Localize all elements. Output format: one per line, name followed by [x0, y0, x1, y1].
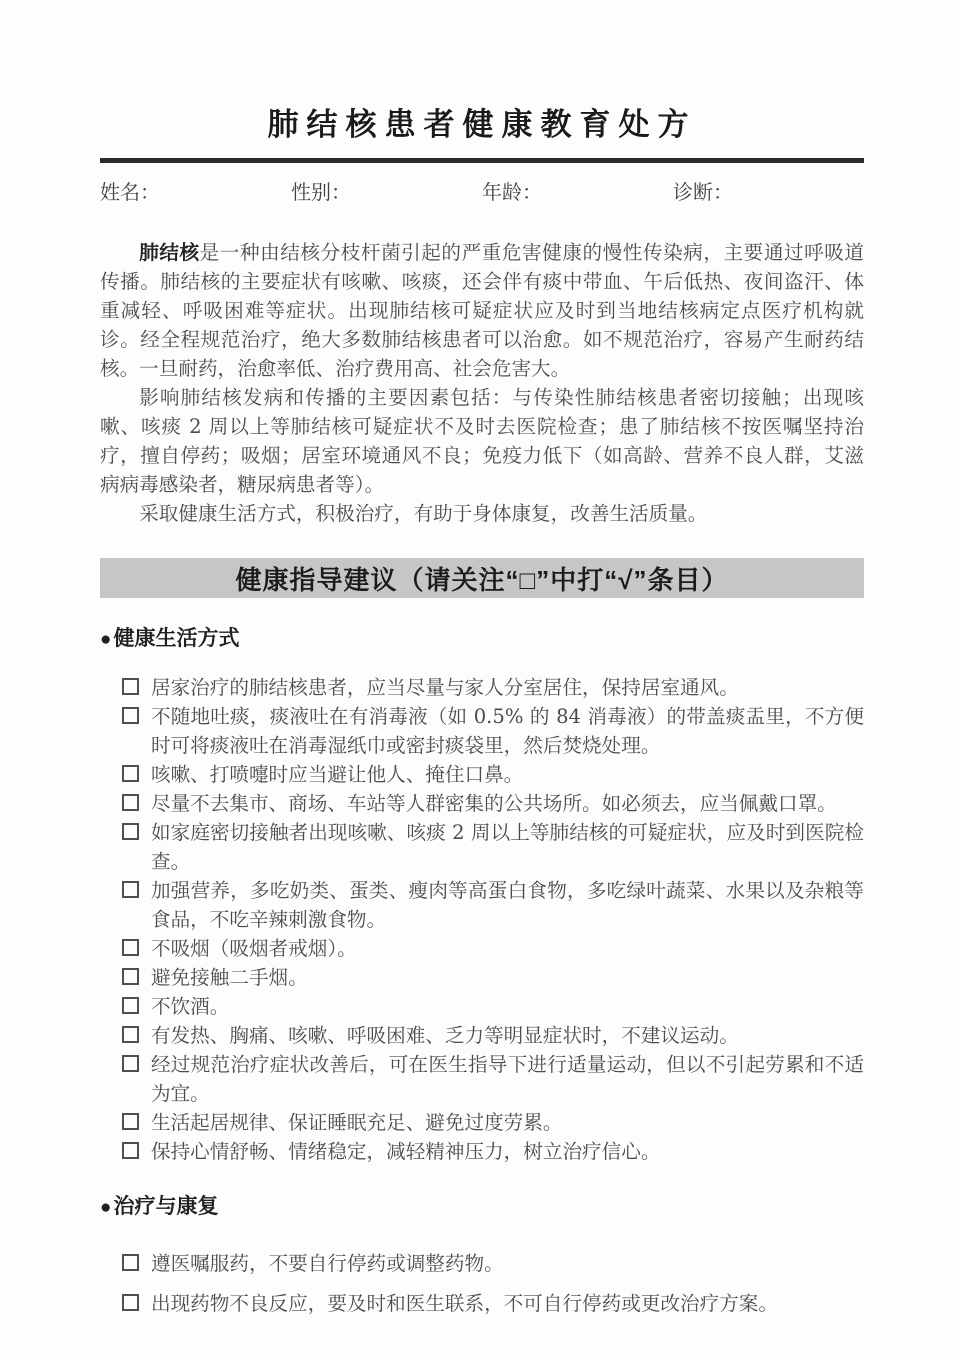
checkbox[interactable]	[122, 1113, 139, 1130]
checkbox[interactable]	[122, 794, 139, 811]
checklist-item: 经过规范治疗症状改善后，可在医生指导下进行适量运动，但以不引起劳累和不适为宜。	[100, 1050, 864, 1108]
checkbox[interactable]	[122, 881, 139, 898]
checklist-item-text: 生活起居规律、保证睡眠充足、避免过度劳累。	[151, 1108, 864, 1137]
checkbox[interactable]	[122, 968, 139, 985]
section-heading-lifestyle: ●健康生活方式	[100, 626, 864, 653]
section-heading-treatment-label: 治疗与康复	[113, 1195, 218, 1218]
checklist-item: 不随地吐痰，痰液吐在有消毒液（如 0.5% 的 84 消毒液）的带盖痰盂里，不方…	[100, 702, 864, 760]
checklist-item: 咳嗽、打喷嚏时应当避让他人、掩住口鼻。	[100, 760, 864, 789]
checkbox[interactable]	[122, 1142, 139, 1159]
checkbox[interactable]	[122, 1055, 139, 1072]
checklist-item-text: 遵医嘱服药，不要自行停药或调整药物。	[151, 1249, 864, 1278]
field-name-label: 姓名：	[100, 179, 160, 206]
field-name-value-blank[interactable]	[160, 179, 291, 206]
checkbox[interactable]	[122, 707, 139, 724]
intro-paragraph-1: 肺结核是一种由结核分枝杆菌引起的严重危害健康的慢性传染病，主要通过呼吸道传播。肺…	[100, 238, 864, 383]
patient-info-row: 姓名： 性别： 年龄： 诊断：	[100, 179, 864, 206]
checklist-item: 避免接触二手烟。	[100, 963, 864, 992]
checkbox[interactable]	[122, 1254, 139, 1271]
checkbox[interactable]	[122, 765, 139, 782]
checklist-item-text: 居家治疗的肺结核患者，应当尽量与家人分室居住，保持居室通风。	[151, 673, 864, 702]
checklist-item: 居家治疗的肺结核患者，应当尽量与家人分室居住，保持居室通风。	[100, 673, 864, 702]
checkbox[interactable]	[122, 1026, 139, 1043]
checklist-item: 保持心情舒畅、情绪稳定，减轻精神压力，树立治疗信心。	[100, 1137, 864, 1166]
paragraph-2-text: 影响肺结核发病和传播的主要因素包括：与传染性肺结核患者密切接触；出现咳嗽、咳痰 …	[100, 386, 864, 496]
checkbox[interactable]	[122, 997, 139, 1014]
checklist-item: 生活起居规律、保证睡眠充足、避免过度劳累。	[100, 1108, 864, 1137]
banner-title: 健康指导建议（请关注“□”中打“√”条目）	[236, 560, 729, 597]
checklist-item: 不饮酒。	[100, 992, 864, 1021]
field-age-value-blank[interactable]	[542, 179, 673, 206]
checklist-item-text: 不饮酒。	[151, 992, 864, 1021]
checklist-item: 有发热、胸痛、咳嗽、呼吸困难、乏力等明显症状时，不建议运动。	[100, 1021, 864, 1050]
checklist-item-text: 不吸烟（吸烟者戒烟）。	[151, 934, 864, 963]
checklist-item-text: 不随地吐痰，痰液吐在有消毒液（如 0.5% 的 84 消毒液）的带盖痰盂里，不方…	[151, 702, 864, 760]
field-diagnosis-label: 诊断：	[673, 179, 733, 206]
field-diagnosis: 诊断：	[673, 179, 864, 206]
checklist-item: 遵医嘱服药，不要自行停药或调整药物。	[100, 1249, 864, 1278]
checklist-item: 尽量不去集市、商场、车站等人群密集的公共场所。如必须去，应当佩戴口罩。	[100, 789, 864, 818]
checklist-item-text: 经过规范治疗症状改善后，可在医生指导下进行适量运动，但以不引起劳累和不适为宜。	[151, 1050, 864, 1108]
paragraph-1-lead: 肺结核	[139, 241, 199, 264]
checklist-item-text: 避免接触二手烟。	[151, 963, 864, 992]
section-heading-treatment: ●治疗与康复	[100, 1194, 864, 1221]
bullet-icon: ●	[100, 1197, 111, 1218]
checklist-item-text: 有发热、胸痛、咳嗽、呼吸困难、乏力等明显症状时，不建议运动。	[151, 1021, 864, 1050]
checklist-item: 出现药物不良反应，要及时和医生联系，不可自行停药或更改治疗方案。	[100, 1289, 864, 1318]
checkbox[interactable]	[122, 939, 139, 956]
checklist-item-text: 保持心情舒畅、情绪稳定，减轻精神压力，树立治疗信心。	[151, 1137, 864, 1166]
intro-paragraph-3: 采取健康生活方式，积极治疗，有助于身体康复，改善生活质量。	[100, 499, 864, 528]
field-age-label: 年龄：	[482, 179, 542, 206]
checklist-item-text: 加强营养，多吃奶类、蛋类、瘦肉等高蛋白食物，多吃绿叶蔬菜、水果以及杂粮等食品，不…	[151, 876, 864, 934]
checkbox[interactable]	[122, 1294, 139, 1311]
checklist-item-text: 出现药物不良反应，要及时和医生联系，不可自行停药或更改治疗方案。	[151, 1289, 864, 1318]
field-name: 姓名：	[100, 179, 291, 206]
paragraph-1-text: 是一种由结核分枝杆菌引起的严重危害健康的慢性传染病，主要通过呼吸道传播。肺结核的…	[100, 241, 864, 380]
lifestyle-checklist: 居家治疗的肺结核患者，应当尽量与家人分室居住，保持居室通风。 不随地吐痰，痰液吐…	[100, 673, 864, 1166]
page-content: 肺结核患者健康教育处方 姓名： 性别： 年龄： 诊断： 肺结核是一种由结核分枝杆…	[100, 0, 864, 1329]
checkbox[interactable]	[122, 678, 139, 695]
field-gender-value-blank[interactable]	[351, 179, 482, 206]
checklist-item-text: 如家庭密切接触者出现咳嗽、咳痰 2 周以上等肺结核的可疑症状，应及时到医院检查。	[151, 818, 864, 876]
checklist-item: 如家庭密切接触者出现咳嗽、咳痰 2 周以上等肺结核的可疑症状，应及时到医院检查。	[100, 818, 864, 876]
section-banner: 健康指导建议（请关注“□”中打“√”条目）	[100, 558, 864, 598]
field-diagnosis-value-blank[interactable]	[733, 179, 864, 206]
checklist-item-text: 尽量不去集市、商场、车站等人群密集的公共场所。如必须去，应当佩戴口罩。	[151, 789, 864, 818]
section-heading-lifestyle-label: 健康生活方式	[113, 627, 239, 650]
title-divider	[100, 158, 864, 163]
field-gender: 性别：	[291, 179, 482, 206]
checklist-item: 加强营养，多吃奶类、蛋类、瘦肉等高蛋白食物，多吃绿叶蔬菜、水果以及杂粮等食品，不…	[100, 876, 864, 934]
field-age: 年龄：	[482, 179, 673, 206]
checklist-item: 不吸烟（吸烟者戒烟）。	[100, 934, 864, 963]
document-page: 肺结核患者健康教育处方 姓名： 性别： 年龄： 诊断： 肺结核是一种由结核分枝杆…	[0, 0, 960, 1358]
paragraph-3-text: 采取健康生活方式，积极治疗，有助于身体康复，改善生活质量。	[139, 502, 707, 525]
checklist-item-text: 咳嗽、打喷嚏时应当避让他人、掩住口鼻。	[151, 760, 864, 789]
checkbox[interactable]	[122, 823, 139, 840]
treatment-checklist: 遵医嘱服药，不要自行停药或调整药物。 出现药物不良反应，要及时和医生联系，不可自…	[100, 1249, 864, 1318]
field-gender-label: 性别：	[291, 179, 351, 206]
intro-paragraph-2: 影响肺结核发病和传播的主要因素包括：与传染性肺结核患者密切接触；出现咳嗽、咳痰 …	[100, 383, 864, 499]
intro-text: 肺结核是一种由结核分枝杆菌引起的严重危害健康的慢性传染病，主要通过呼吸道传播。肺…	[100, 238, 864, 528]
page-title: 肺结核患者健康教育处方	[100, 106, 864, 144]
bullet-icon: ●	[100, 629, 111, 650]
